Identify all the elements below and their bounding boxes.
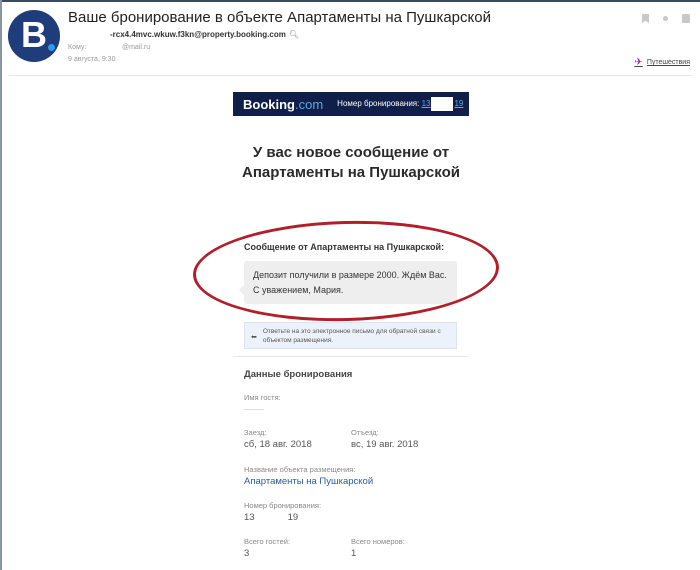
booking-logo[interactable]: Booking.com bbox=[243, 97, 323, 112]
to-address[interactable]: @mail.ru bbox=[122, 44, 150, 51]
booking-number-label: Номер бронирования: bbox=[337, 99, 419, 108]
to-label: Кому: bbox=[68, 44, 86, 51]
booking-number-details-label: Номер бронирования: bbox=[244, 501, 321, 510]
checkout-label: Отъезд: bbox=[351, 428, 379, 437]
booking-number-start: 13 bbox=[422, 99, 431, 108]
booking-number: Номер бронирования: 1319 bbox=[337, 97, 463, 111]
property-link[interactable]: Апартаменты на Пушкарской bbox=[244, 476, 373, 487]
booking-number-details-value: 1319 bbox=[244, 512, 298, 523]
brand-main: Booking bbox=[243, 97, 295, 112]
avatar-letter: B bbox=[21, 14, 47, 56]
sender-address[interactable]: -rcx4.4mvc.wkuw.f3kn@property.booking.co… bbox=[110, 30, 299, 39]
booking-header-bar: Booking.com Номер бронирования: 1319 bbox=[233, 92, 469, 116]
sender-avatar: B bbox=[8, 10, 60, 62]
email-date: 9 августа, 9:30 bbox=[68, 56, 115, 63]
sender-email[interactable]: -rcx4.4mvc.wkuw.f3kn@property.booking.co… bbox=[110, 30, 286, 39]
total-rooms-label: Всего номеров: bbox=[351, 537, 405, 546]
header-divider bbox=[8, 75, 692, 76]
search-icon[interactable]: 🔍︎ bbox=[289, 30, 299, 39]
bookmark-icon[interactable] bbox=[642, 14, 649, 23]
total-rooms-value: 1 bbox=[351, 548, 356, 559]
brand-suffix: .com bbox=[295, 97, 323, 112]
category-link[interactable]: ✈ Путешествия bbox=[634, 57, 690, 68]
avatar-dot bbox=[48, 44, 55, 51]
booking-number-start: 13 bbox=[244, 512, 255, 523]
section-divider bbox=[233, 356, 469, 357]
booking-details-title: Данные бронирования bbox=[244, 369, 352, 380]
header-actions bbox=[642, 14, 690, 23]
calendar-icon[interactable] bbox=[682, 14, 690, 23]
total-guests-label: Всего гостей: bbox=[244, 537, 290, 546]
property-label: Название объекта размещения: bbox=[244, 465, 355, 474]
mark-unread-icon[interactable] bbox=[663, 16, 668, 21]
checkout-value: вс, 19 авг. 2018 bbox=[351, 439, 418, 450]
annotation-ellipse bbox=[192, 217, 501, 325]
reply-hint-text: Ответьте на это электронное письмо для о… bbox=[263, 327, 450, 345]
headline: У вас новое сообщение от Апартаменты на … bbox=[233, 143, 469, 182]
guest-name-value bbox=[244, 409, 264, 410]
reply-arrow-icon: ⬅ bbox=[251, 333, 257, 341]
booking-number-link[interactable]: 1319 bbox=[422, 99, 464, 108]
email-subject: Ваше бронирование в объекте Апартаменты … bbox=[68, 9, 491, 26]
reply-hint: ⬅ Ответьте на это электронное письмо для… bbox=[244, 322, 457, 349]
window-left-border bbox=[0, 0, 2, 570]
checkin-label: Заезд: bbox=[244, 428, 266, 437]
total-guests-value: 3 bbox=[244, 548, 249, 559]
redaction bbox=[431, 97, 453, 111]
guest-name-label: Имя гостя: bbox=[244, 393, 281, 402]
airplane-icon: ✈ bbox=[634, 57, 642, 68]
category-label[interactable]: Путешествия bbox=[647, 59, 690, 66]
checkin-value: сб, 18 авг. 2018 bbox=[244, 439, 312, 450]
booking-number-end: 19 bbox=[454, 99, 463, 108]
window-top-border bbox=[0, 0, 700, 2]
booking-number-end: 19 bbox=[288, 512, 299, 523]
